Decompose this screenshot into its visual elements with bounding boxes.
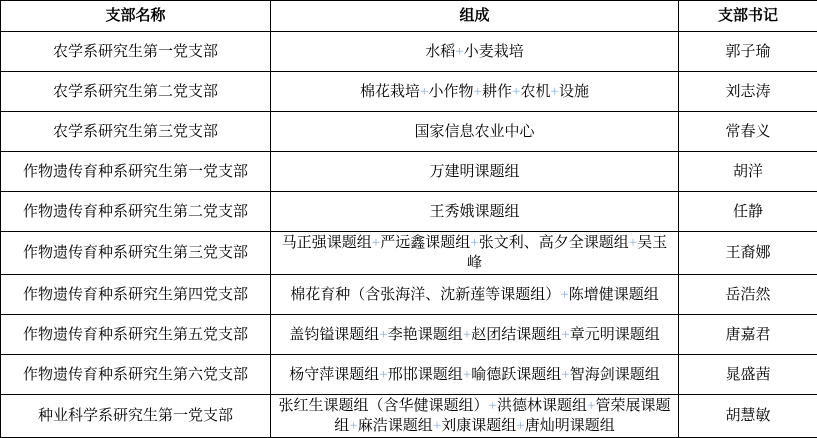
- plus-separator: +: [629, 235, 637, 251]
- plus-separator: +: [455, 44, 463, 60]
- header-composition: 组成: [271, 1, 679, 32]
- plus-separator: +: [463, 367, 471, 383]
- header-branch-name: 支部名称: [1, 1, 271, 32]
- branch-name-cell: 作物遗传育种系研究生第六党支部: [1, 355, 271, 395]
- header-row: 支部名称 组成 支部书记: [1, 1, 817, 32]
- secretary-cell: 唐嘉君: [679, 315, 817, 355]
- plus-separator: +: [561, 327, 569, 343]
- branch-name-cell: 种业科学系研究生第一党支部: [1, 395, 271, 438]
- plus-separator: +: [372, 235, 380, 251]
- plus-separator: +: [470, 235, 478, 251]
- table-row: 作物遗传育种系研究生第一党支部万建明课题组胡洋: [1, 152, 817, 192]
- secretary-cell: 胡洋: [679, 152, 817, 192]
- composition-cell: 水稻+小麦栽培: [271, 32, 679, 72]
- secretary-cell: 王裔娜: [679, 232, 817, 275]
- plus-separator: +: [516, 418, 524, 434]
- composition-cell: 盖钧镒课题组+李艳课题组+赵团结课题组+章元明课题组: [271, 315, 679, 355]
- composition-cell: 张红生课题组（含华健课题组）+洪德林课题组+管荣展课题组+麻浩课题组+刘康课题组…: [271, 395, 679, 438]
- secretary-cell: 郭子瑜: [679, 32, 817, 72]
- branch-name-cell: 作物遗传育种系研究生第三党支部: [1, 232, 271, 275]
- table-row: 作物遗传育种系研究生第三党支部马正强课题组+严远鑫课题组+张文利、高夕全课题组+…: [1, 232, 817, 275]
- plus-separator: +: [550, 84, 558, 100]
- plus-separator: +: [433, 418, 441, 434]
- composition-cell: 棉花栽培+小作物+耕作+农机+设施: [271, 72, 679, 112]
- composition-cell: 万建明课题组: [271, 152, 679, 192]
- branch-name-cell: 作物遗传育种系研究生第五党支部: [1, 315, 271, 355]
- secretary-cell: 岳浩然: [679, 275, 817, 315]
- secretary-cell: 刘志涛: [679, 72, 817, 112]
- secretary-cell: 任静: [679, 192, 817, 232]
- composition-cell: 王秀娥课题组: [271, 192, 679, 232]
- composition-cell: 棉花育种（含张海洋、沈新莲等课题组）+陈增健课题组: [271, 275, 679, 315]
- branch-name-cell: 作物遗传育种系研究生第四党支部: [1, 275, 271, 315]
- secretary-cell: 胡慧敏: [679, 395, 817, 438]
- plus-separator: +: [561, 367, 569, 383]
- plus-separator: +: [349, 418, 357, 434]
- plus-separator: +: [560, 287, 568, 303]
- table-row: 农学系研究生第二党支部棉花栽培+小作物+耕作+农机+设施刘志涛: [1, 72, 817, 112]
- secretary-cell: 常春义: [679, 112, 817, 152]
- branch-name-cell: 作物遗传育种系研究生第二党支部: [1, 192, 271, 232]
- table-row: 作物遗传育种系研究生第二党支部王秀娥课题组任静: [1, 192, 817, 232]
- table-row: 农学系研究生第三党支部国家信息农业中心常春义: [1, 112, 817, 152]
- table-row: 农学系研究生第一党支部水稻+小麦栽培郭子瑜: [1, 32, 817, 72]
- plus-separator: +: [474, 84, 482, 100]
- composition-cell: 国家信息农业中心: [271, 112, 679, 152]
- table-row: 作物遗传育种系研究生第四党支部棉花育种（含张海洋、沈新莲等课题组）+陈增健课题组…: [1, 275, 817, 315]
- table-row: 作物遗传育种系研究生第六党支部杨守萍课题组+邢邯课题组+喻德跃课题组+智海剑课题…: [1, 355, 817, 395]
- branch-name-cell: 农学系研究生第三党支部: [1, 112, 271, 152]
- plus-separator: +: [512, 84, 520, 100]
- branch-name-cell: 作物遗传育种系研究生第一党支部: [1, 152, 271, 192]
- composition-cell: 马正强课题组+严远鑫课题组+张文利、高夕全课题组+吴玉峰: [271, 232, 679, 275]
- branch-name-cell: 农学系研究生第二党支部: [1, 72, 271, 112]
- table-row: 种业科学系研究生第一党支部张红生课题组（含华健课题组）+洪德林课题组+管荣展课题…: [1, 395, 817, 438]
- plus-separator: +: [379, 327, 387, 343]
- plus-separator: +: [420, 84, 428, 100]
- composition-cell: 杨守萍课题组+邢邯课题组+喻德跃课题组+智海剑课题组: [271, 355, 679, 395]
- header-secretary: 支部书记: [679, 1, 817, 32]
- table-row: 作物遗传育种系研究生第五党支部盖钧镒课题组+李艳课题组+赵团结课题组+章元明课题…: [1, 315, 817, 355]
- secretary-cell: 晁盛茜: [679, 355, 817, 395]
- plus-separator: +: [587, 398, 595, 414]
- table-body: 农学系研究生第一党支部水稻+小麦栽培郭子瑜农学系研究生第二党支部棉花栽培+小作物…: [1, 32, 817, 438]
- plus-separator: +: [463, 327, 471, 343]
- plus-separator: +: [379, 367, 387, 383]
- party-branch-table: 支部名称 组成 支部书记 农学系研究生第一党支部水稻+小麦栽培郭子瑜农学系研究生…: [0, 0, 817, 438]
- table-header: 支部名称 组成 支部书记: [1, 1, 817, 32]
- plus-separator: +: [489, 398, 497, 414]
- branch-name-cell: 农学系研究生第一党支部: [1, 32, 271, 72]
